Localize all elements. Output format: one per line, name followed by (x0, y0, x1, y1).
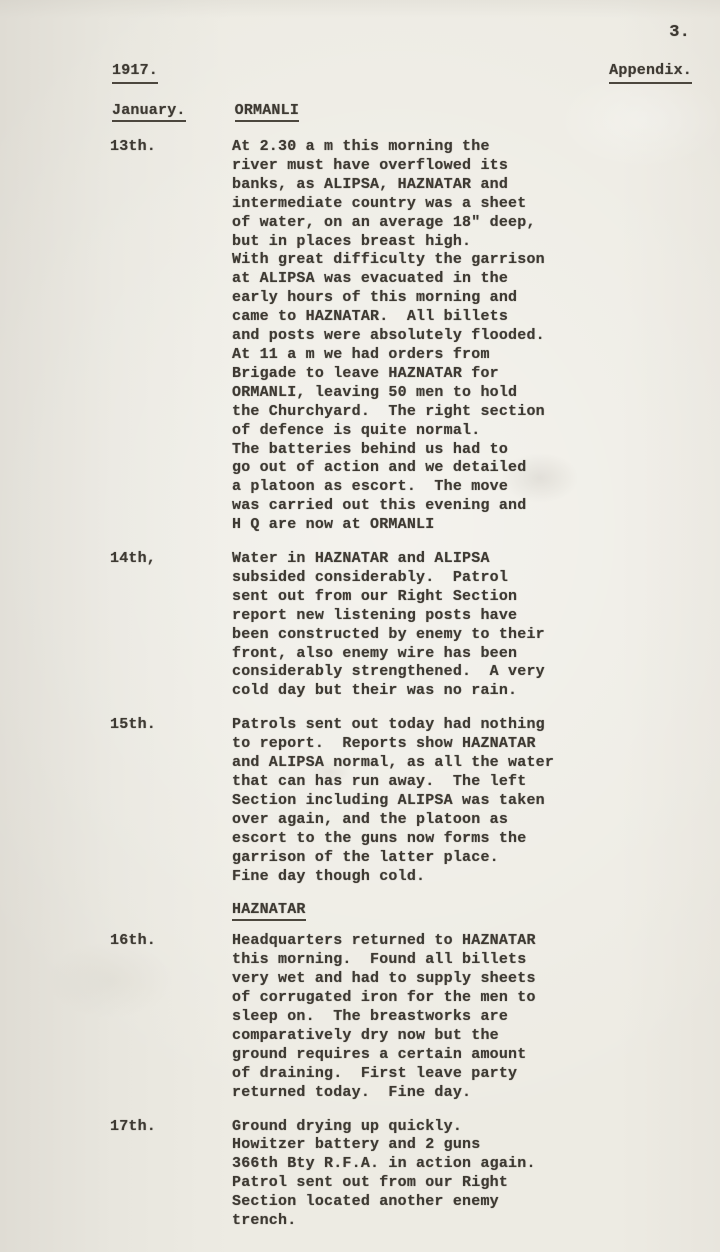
entry-text-line: early hours of this morning and (232, 289, 720, 308)
entry-text-line: intermediate country was a sheet (232, 195, 720, 214)
diary-entry: 17th.Ground drying up quickly.Howitzer b… (0, 1118, 720, 1231)
entry-text-line: escort to the guns now forms the (232, 830, 720, 849)
entry-text-line: Section including ALIPSA was taken (232, 792, 720, 811)
entry-text-line: Howitzer battery and 2 guns (232, 1136, 720, 1155)
entry-text-line: At 11 a m we had orders from (232, 346, 720, 365)
entry-text-line: go out of action and we detailed (232, 459, 720, 478)
month-heading-row: January.ORMANLI (112, 102, 299, 121)
entry-text-line: sent out from our Right Section (232, 588, 720, 607)
entry-text-line: over again, and the platoon as (232, 811, 720, 830)
entry-text-line: subsided considerably. Patrol (232, 569, 720, 588)
entry-text-line: the Churchyard. The right section (232, 403, 720, 422)
entry-text-line: considerably strengthened. A very (232, 663, 720, 682)
entry-text-line: ground requires a certain amount (232, 1046, 720, 1065)
entry-date-label: 15th. (110, 716, 232, 886)
entry-text-line: to report. Reports show HAZNATAR (232, 735, 720, 754)
entry-text-line: this morning. Found all billets (232, 951, 720, 970)
entry-text-line: Patrol sent out from our Right (232, 1174, 720, 1193)
entry-text-line: ORMANLI, leaving 50 men to hold (232, 384, 720, 403)
entry-text-line: sleep on. The breastworks are (232, 1008, 720, 1027)
entry-text-line: of water, on an average 18" deep, (232, 214, 720, 233)
diary-entries: 13th.At 2.30 a m this morning theriver m… (0, 138, 720, 1246)
section-heading: HAZNATAR (232, 901, 306, 921)
entry-text-line: returned today. Fine day. (232, 1084, 720, 1103)
entry-text-line: banks, as ALIPSA, HAZNATAR and (232, 176, 720, 195)
page-header-row: 1917. Appendix. (0, 62, 720, 84)
entry-text-line: Water in HAZNATAR and ALIPSA (232, 550, 720, 569)
entry-text-line: of defence is quite normal. (232, 422, 720, 441)
diary-entry: 13th.At 2.30 a m this morning theriver m… (0, 138, 720, 535)
entry-text-line: 366th Bty R.F.A. in action again. (232, 1155, 720, 1174)
entry-date-label: 16th. (110, 932, 232, 1102)
entry-text-line: Fine day though cold. (232, 868, 720, 887)
entry-text-line: but in places breast high. (232, 233, 720, 252)
entry-text-line: of draining. First leave party (232, 1065, 720, 1084)
entry-text-line: and ALIPSA normal, as all the water (232, 754, 720, 773)
entry-text-line: was carried out this evening and (232, 497, 720, 516)
diary-entry: 15th.Patrols sent out today had nothingt… (0, 716, 720, 886)
diary-entry: 14th,Water in HAZNATAR and ALIPSAsubside… (0, 550, 720, 701)
entry-text-line: at ALIPSA was evacuated in the (232, 270, 720, 289)
entry-date-label: 13th. (110, 138, 232, 535)
entry-text-line: Ground drying up quickly. (232, 1118, 720, 1137)
page-number: 3. (669, 24, 690, 43)
entry-text: Water in HAZNATAR and ALIPSAsubsided con… (232, 550, 720, 701)
entry-text-line: that can has run away. The left (232, 773, 720, 792)
entry-text-line: very wet and had to supply sheets (232, 970, 720, 989)
entry-text: Patrols sent out today had nothingto rep… (232, 716, 720, 886)
entry-text-line: Section located another enemy (232, 1193, 720, 1212)
entry-text-line: H Q are now at ORMANLI (232, 516, 720, 535)
entry-date-label: 17th. (110, 1118, 232, 1231)
entry-text-line: front, also enemy wire has been (232, 645, 720, 664)
entry-text-line: cold day but their was no rain. (232, 682, 720, 701)
entry-text-line: At 2.30 a m this morning the (232, 138, 720, 157)
entry-text-line: Headquarters returned to HAZNATAR (232, 932, 720, 951)
entry-text-line: river must have overflowed its (232, 157, 720, 176)
entry-date-label: 14th, (110, 550, 232, 701)
month-label: January. (112, 102, 186, 122)
entry-text-line: of corrugated iron for the men to (232, 989, 720, 1008)
diary-entry: 16th.Headquarters returned to HAZNATARth… (0, 932, 720, 1102)
entry-text-line: trench. (232, 1212, 720, 1231)
entry-text: At 2.30 a m this morning theriver must h… (232, 138, 720, 535)
entry-text-line: With great difficulty the garrison (232, 251, 720, 270)
entry-text: Headquarters returned to HAZNATARthis mo… (232, 932, 720, 1102)
entry-text-line: came to HAZNATAR. All billets (232, 308, 720, 327)
entry-text-line: and posts were absolutely flooded. (232, 327, 720, 346)
year-label: 1917. (112, 62, 158, 84)
entry-text-line: comparatively dry now but the (232, 1027, 720, 1046)
entry-text-line: report new listening posts have (232, 607, 720, 626)
entry-text-line: The batteries behind us had to (232, 441, 720, 460)
section-heading-ormanli: ORMANLI (235, 102, 299, 122)
entry-text-line: garrison of the latter place. (232, 849, 720, 868)
entry-text-line: a platoon as escort. The move (232, 478, 720, 497)
appendix-label: Appendix. (609, 62, 692, 84)
entry-text-line: Brigade to leave HAZNATAR for (232, 365, 720, 384)
diary-page: 3. 1917. Appendix. January.ORMANLI 13th.… (0, 0, 720, 1252)
entry-text-line: been constructed by enemy to their (232, 626, 720, 645)
entry-text: Ground drying up quickly.Howitzer batter… (232, 1118, 720, 1231)
section-heading-block: HAZNATAR (0, 901, 720, 920)
entry-text-line: Patrols sent out today had nothing (232, 716, 720, 735)
